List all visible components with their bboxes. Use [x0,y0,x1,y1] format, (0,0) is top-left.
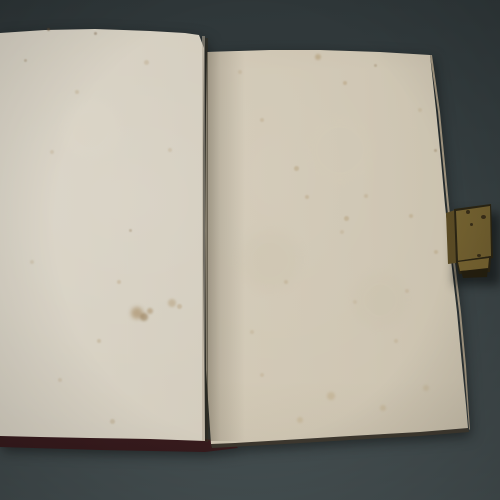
clasp-rivet [477,254,481,257]
clasp-rivet [481,215,486,219]
photo-canvas [0,0,500,500]
clasp-bottom-lip [0,0,500,500]
clasp-hinge [0,0,500,500]
clasp-lower-outline [0,0,500,500]
clasp-lower-plate [0,0,500,500]
clasp-plate [0,0,500,500]
clasp-plate-outline [0,0,500,500]
clasp-rivet [470,223,473,226]
clasp-rivet [466,210,470,214]
brass-clasp [0,0,500,500]
